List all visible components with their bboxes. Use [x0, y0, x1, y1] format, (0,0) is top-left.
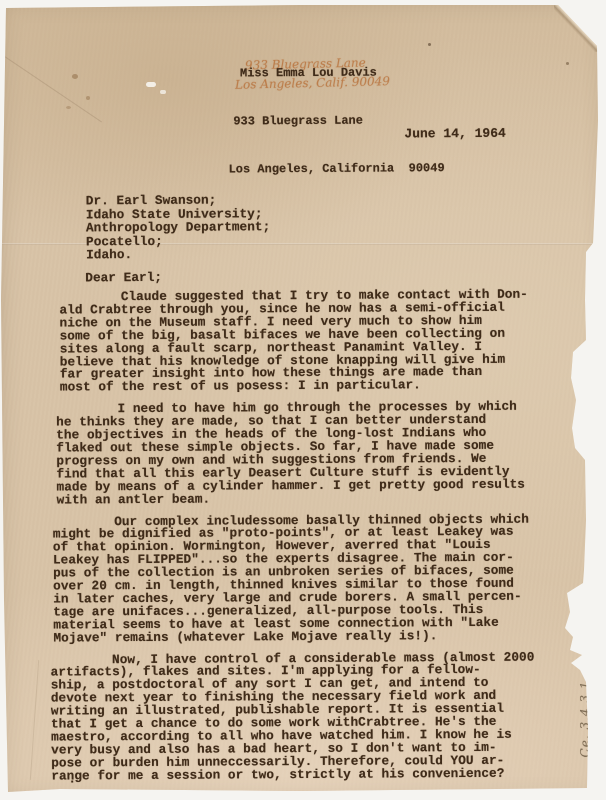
letter-paragraph: I need to have him go through the proces… — [56, 401, 570, 507]
salutation: Dear Earl; — [85, 270, 162, 285]
letter-paragraph: Claude suggested that I try to make cont… — [59, 288, 569, 394]
letter-content: 933 Bluegrass Lane Los Angeles, Calif. 9… — [0, 0, 606, 800]
letter-paragraph: Our complex includessome basally thinned… — [53, 513, 571, 645]
letter-date: June 14, 1964 — [404, 126, 506, 142]
letter-paragraph: Now, I have control of a considerable ma… — [51, 651, 572, 783]
recipient-address-block: Dr. Earl Swanson; Idaho State University… — [86, 193, 271, 262]
sender-address-block: Miss Emma Lou Davis 933 Bluegrass Lane L… — [228, 32, 445, 209]
stray-period-mark: . — [68, 771, 76, 786]
sender-name: Miss Emma Lou Davis — [228, 64, 444, 81]
letter-paper: 933 Bluegrass Lane Los Angeles, Calif. 9… — [0, 0, 606, 800]
letter-body: Claude suggested that I try to make cont… — [48, 288, 571, 792]
archive-annotation: Ce. 3.4.3.1 — [578, 659, 592, 779]
sender-city: Los Angeles, California 90049 — [229, 160, 445, 177]
